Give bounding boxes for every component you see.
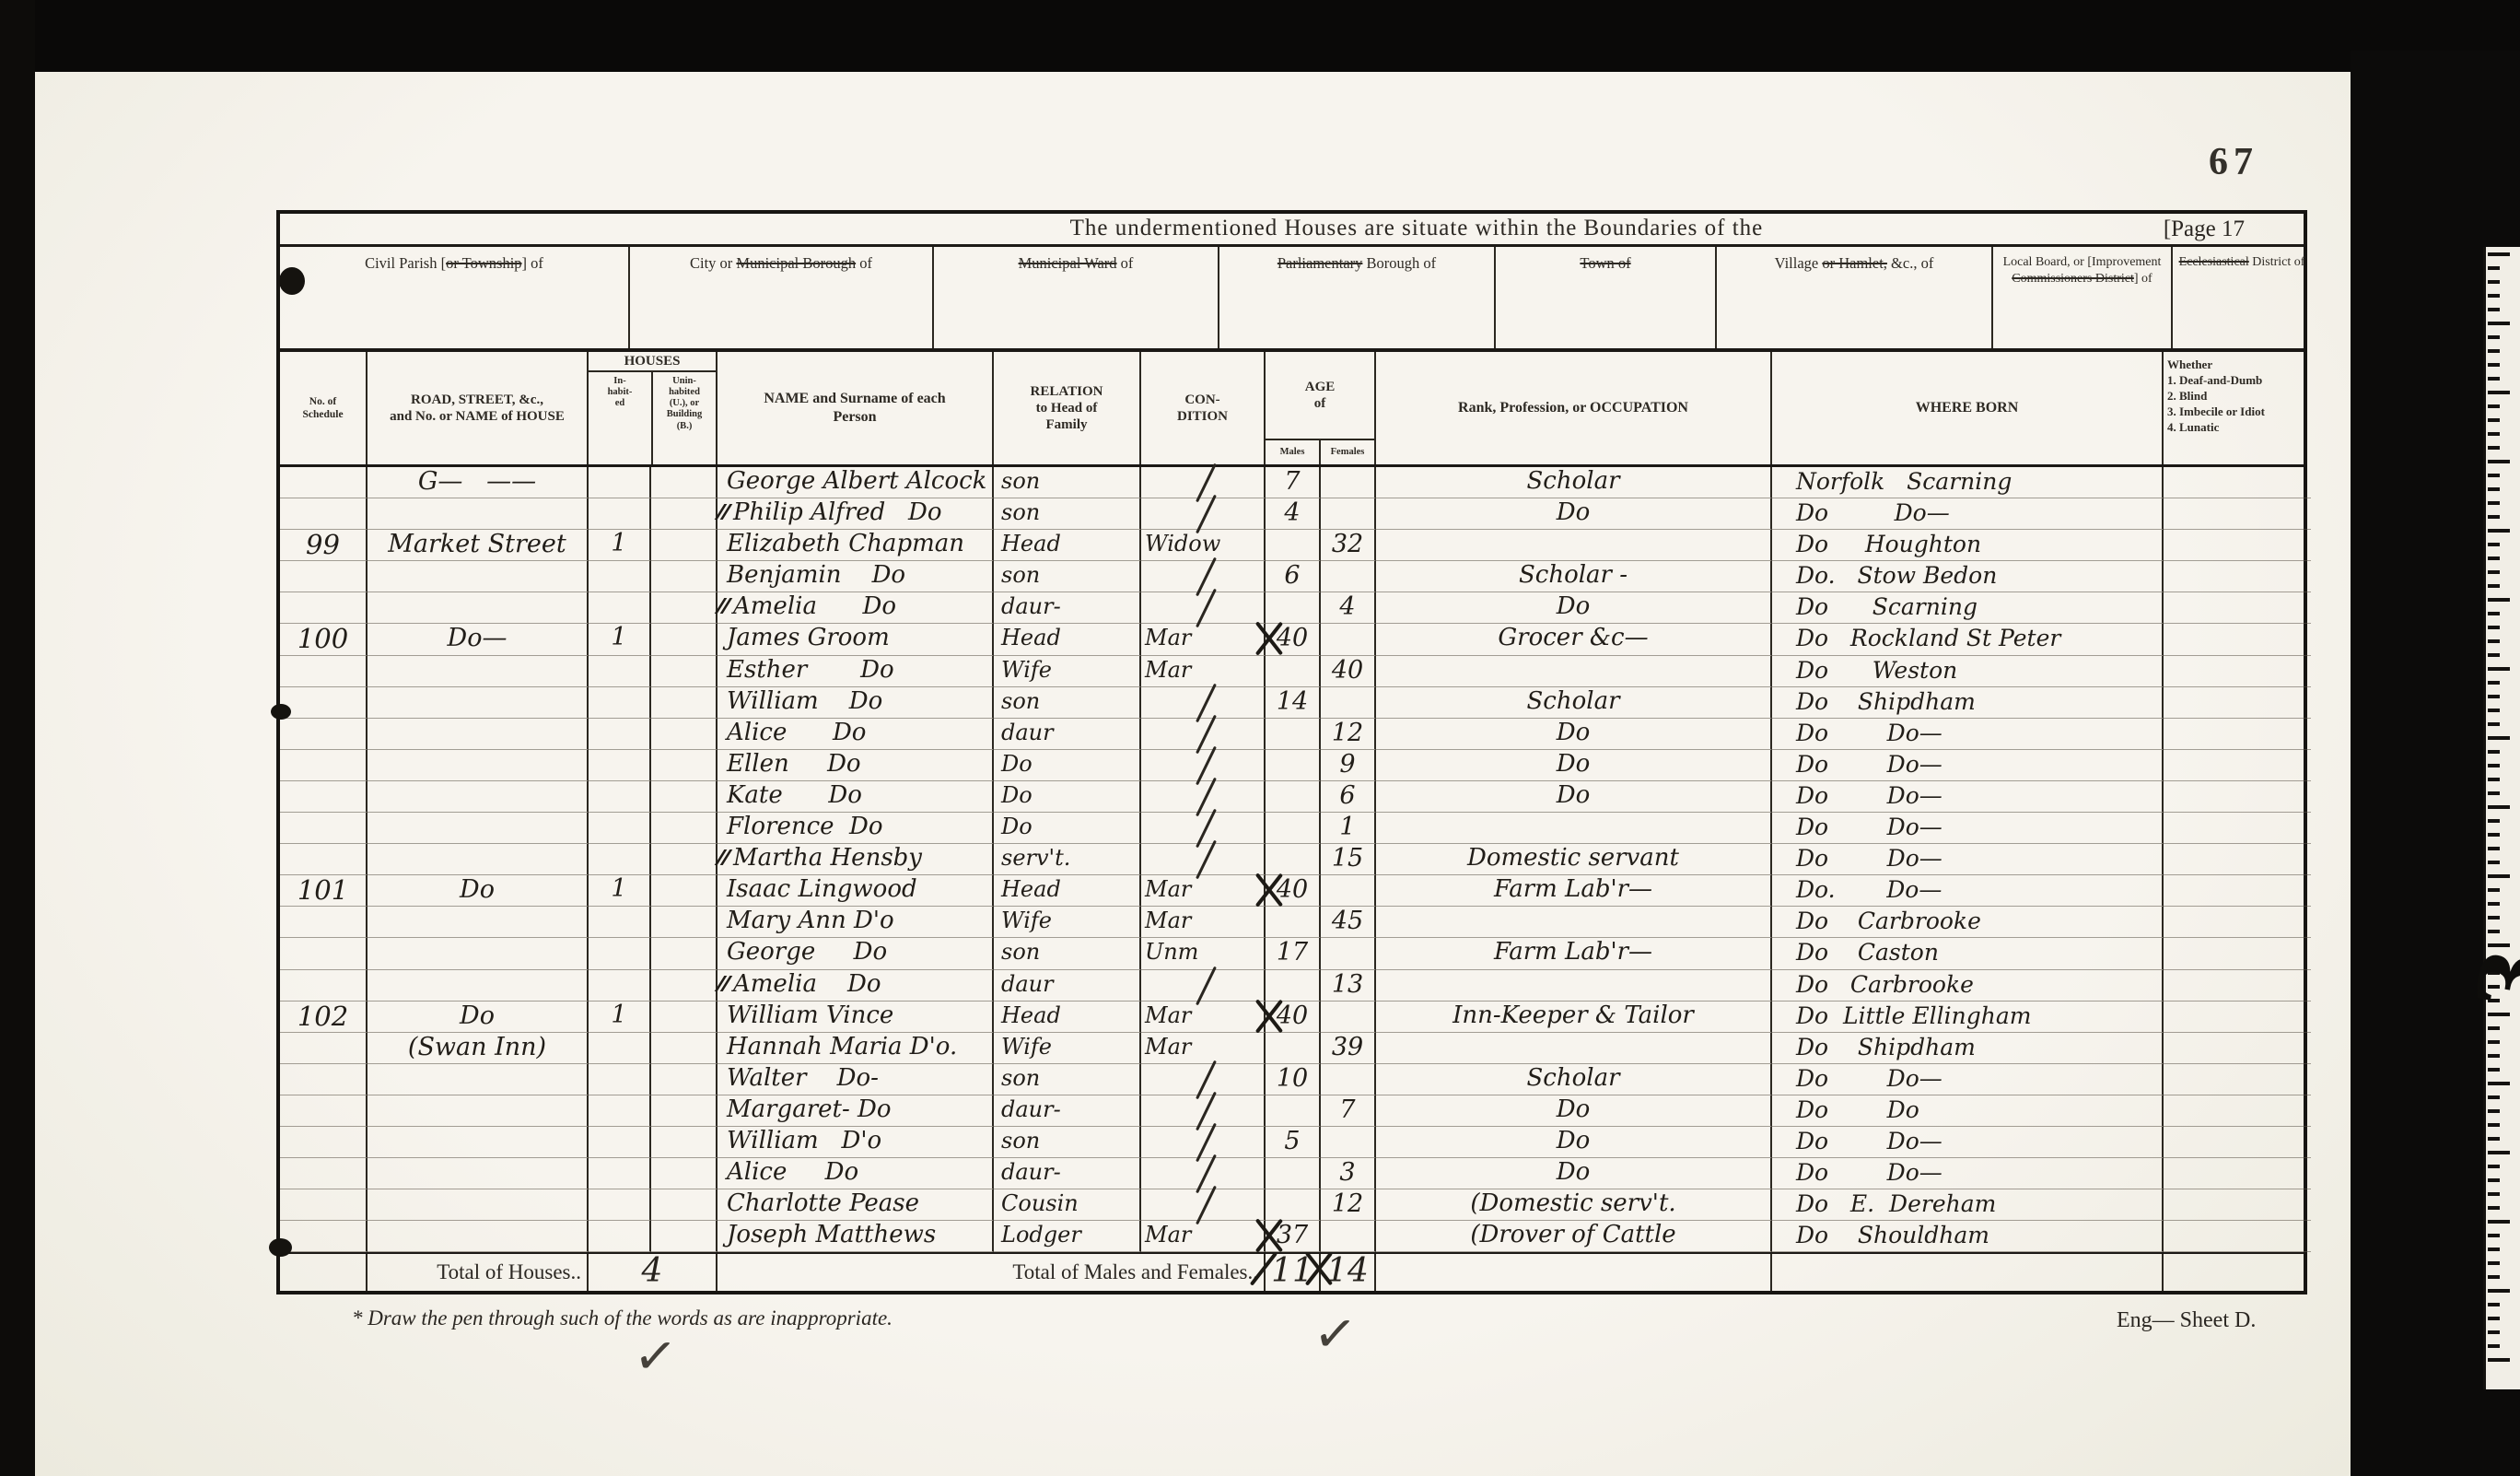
cell-inhab [589, 1158, 651, 1189]
jurisdiction-cell-2: Municipal Ward of [934, 247, 1219, 348]
cell-inhab: 1 [589, 530, 651, 561]
cell-condition: Mar [1141, 1002, 1266, 1033]
cell-inhab [589, 656, 651, 687]
cell-schedule [280, 813, 367, 844]
cell-condition [1141, 498, 1266, 530]
page-label: [Page 17 [2164, 217, 2245, 242]
cell-road [367, 781, 589, 813]
cell-born: Do Do— [1772, 498, 2164, 530]
ditto-stroke [1196, 589, 1217, 628]
cell-road: G— —— [367, 467, 589, 498]
cell-dis [2164, 1033, 2311, 1064]
cell-uninhab [651, 1095, 717, 1127]
cell-schedule [280, 970, 367, 1002]
cell-age_f [1321, 1127, 1376, 1158]
cell-relation: son [994, 687, 1141, 719]
cell-inhab: 1 [589, 1002, 651, 1033]
table-row: 102Do1William VinceHeadMar40Inn-Keeper &… [280, 1002, 2304, 1033]
cell-schedule [280, 1189, 367, 1221]
cell-occupation: Do [1376, 498, 1772, 530]
cell-born: Do Shipdham [1772, 687, 2164, 719]
cell-age_f [1321, 467, 1376, 498]
cell-dis [2164, 1002, 2311, 1033]
cell-relation: Lodger [994, 1221, 1141, 1252]
cell-road: (Swan Inn) [367, 1033, 589, 1064]
cell-dis [2164, 530, 2311, 561]
cell-age_f: 9 [1321, 750, 1376, 781]
jurisdiction-cell-4: Town of [1496, 247, 1717, 348]
totals-row: Total of Houses.. 4 Total of Males and F… [280, 1252, 2304, 1291]
cell-born: Do Do— [1772, 719, 2164, 750]
cell-road: Do [367, 1002, 589, 1033]
cell-born: Do Do— [1772, 844, 2164, 875]
cell-schedule [280, 938, 367, 969]
table-body: G— ——George Albert Alcockson7ScholarNorf… [280, 467, 2304, 1252]
cell-road [367, 656, 589, 687]
cell-road [367, 1158, 589, 1189]
cell-inhab [589, 467, 651, 498]
checkmark: ✓ [1311, 1303, 1359, 1367]
cell-name: William Do [717, 687, 994, 719]
cell-occupation: Do [1376, 1095, 1772, 1127]
total-houses-label: Total of Houses.. [367, 1254, 589, 1291]
cell-road [367, 1064, 589, 1095]
cell-age_f [1321, 1221, 1376, 1252]
cell-inhab [589, 592, 651, 624]
cell-road: Do [367, 875, 589, 907]
cell-schedule [280, 1158, 367, 1189]
cell-uninhab [651, 813, 717, 844]
cell-uninhab [651, 844, 717, 875]
table-row: G— ——George Albert Alcockson7ScholarNorf… [280, 467, 2304, 498]
cell-occupation: Do [1376, 781, 1772, 813]
cell-occupation [1376, 1033, 1772, 1064]
cell-condition: Mar [1141, 875, 1266, 907]
col-header-road: ROAD, STREET, &c., and No. or NAME of HO… [367, 352, 589, 464]
cell-uninhab [651, 1158, 717, 1189]
cell-name: Philip Alfred Do [717, 498, 994, 530]
cell-name: James Groom [717, 624, 994, 655]
cell-age_m [1266, 592, 1321, 624]
cell-dis [2164, 561, 2311, 592]
cell-relation: Wife [994, 1033, 1141, 1064]
cell-dis [2164, 467, 2311, 498]
cell-condition: Mar [1141, 624, 1266, 655]
table-row: Charlotte PeaseCousin12(Domestic serv't.… [280, 1189, 2304, 1221]
folio-number: 67 [2209, 140, 2258, 184]
table-row: (Swan Inn)Hannah Maria D'o.WifeMar39Do S… [280, 1033, 2304, 1064]
cell-dis [2164, 750, 2311, 781]
cell-road [367, 907, 589, 938]
cell-occupation: Inn-Keeper & Tailor [1376, 1002, 1772, 1033]
cell-age_f [1321, 1002, 1376, 1033]
cell-condition [1141, 781, 1266, 813]
cell-occupation: Do [1376, 719, 1772, 750]
cell-dis [2164, 970, 2311, 1002]
title-band: The undermentioned Houses are situate wi… [280, 214, 2304, 247]
cell-relation: daur- [994, 592, 1141, 624]
cell-inhab [589, 1127, 651, 1158]
ruler: 3 [2483, 247, 2520, 1389]
cell-schedule [280, 1064, 367, 1095]
cell-age_f: 7 [1321, 1095, 1376, 1127]
cell-uninhab [651, 1127, 717, 1158]
cell-name: Margaret- Do [717, 1095, 994, 1127]
cell-dis [2164, 624, 2311, 655]
household-end-mark [715, 976, 733, 991]
cell-age_f: 15 [1321, 844, 1376, 875]
cell-age_f: 13 [1321, 970, 1376, 1002]
cell-dis [2164, 1221, 2311, 1252]
cell-age_m [1266, 750, 1321, 781]
cell-name: Walter Do- [717, 1064, 994, 1095]
cell-relation: Head [994, 1002, 1141, 1033]
cell-relation: son [994, 467, 1141, 498]
table-row: George DosonUnm17Farm Lab'r—Do Caston [280, 938, 2304, 969]
cell-inhab [589, 1033, 651, 1064]
cell-uninhab [651, 719, 717, 750]
table-row: William Doson14ScholarDo Shipdham [280, 687, 2304, 719]
column-header-row: No. of Schedule ROAD, STREET, &c., and N… [280, 352, 2304, 467]
col-header-condition: CON- DITION [1141, 352, 1266, 464]
cell-age_m [1266, 844, 1321, 875]
jurisdiction-cell-3: Parliamentary Borough of [1219, 247, 1496, 348]
cell-uninhab [651, 1221, 717, 1252]
cell-condition: Mar [1141, 1033, 1266, 1064]
total-people-label: Total of Males and Females.. [717, 1254, 1266, 1291]
cell-condition [1141, 687, 1266, 719]
cell-schedule [280, 1095, 367, 1127]
cell-name: Hannah Maria D'o. [717, 1033, 994, 1064]
cell-age_m: 40 [1266, 624, 1321, 655]
cell-born: Do Do [1772, 1095, 2164, 1127]
cell-age_m [1266, 813, 1321, 844]
cell-name: Isaac Lingwood [717, 875, 994, 907]
cell-born: Do Houghton [1772, 530, 2164, 561]
cell-born: Do Do— [1772, 1127, 2164, 1158]
total-houses-value: 4 [589, 1254, 717, 1291]
cell-inhab: 1 [589, 624, 651, 655]
cell-age_m: 10 [1266, 1064, 1321, 1095]
cell-uninhab [651, 592, 717, 624]
cell-condition [1141, 1189, 1266, 1221]
cell-dis [2164, 656, 2311, 687]
table-row: Margaret- Dodaur-7DoDo Do [280, 1095, 2304, 1127]
cell-uninhab [651, 498, 717, 530]
cell-road [367, 1221, 589, 1252]
cell-condition [1141, 750, 1266, 781]
cell-condition [1141, 719, 1266, 750]
cell-occupation: Farm Lab'r— [1376, 875, 1772, 907]
cell-relation: son [994, 1127, 1141, 1158]
cell-age_f: 39 [1321, 1033, 1376, 1064]
cell-inhab [589, 750, 651, 781]
table-row: Kate DoDo6DoDo Do— [280, 781, 2304, 813]
cell-relation: Head [994, 624, 1141, 655]
cell-dis [2164, 781, 2311, 813]
cell-age_f [1321, 498, 1376, 530]
cell-inhab [589, 813, 651, 844]
cell-occupation: Do [1376, 1158, 1772, 1189]
cell-age_f: 40 [1321, 656, 1376, 687]
cell-age_m: 37 [1266, 1221, 1321, 1252]
photo-edge-left [0, 0, 35, 1476]
cell-occupation [1376, 970, 1772, 1002]
cell-dis [2164, 1189, 2311, 1221]
cell-uninhab [651, 781, 717, 813]
cell-name: Charlotte Pease [717, 1189, 994, 1221]
cell-name: George Do [717, 938, 994, 969]
table-row: 99Market Street1Elizabeth ChapmanHeadWid… [280, 530, 2304, 561]
cell-schedule [280, 1127, 367, 1158]
cell-dis [2164, 1158, 2311, 1189]
cell-age_m [1266, 530, 1321, 561]
col-header-age: AGE of Males Females [1266, 352, 1376, 464]
col-header-occupation: Rank, Profession, or OCCUPATION [1376, 352, 1772, 464]
cell-uninhab [651, 1002, 717, 1033]
cell-schedule [280, 1033, 367, 1064]
cell-age_m: 4 [1266, 498, 1321, 530]
ink-blot [271, 704, 291, 720]
cell-schedule: 102 [280, 1002, 367, 1033]
cell-age_f: 1 [1321, 813, 1376, 844]
cell-inhab [589, 1221, 651, 1252]
cell-dis [2164, 813, 2311, 844]
cell-age_f: 12 [1321, 719, 1376, 750]
cell-relation: son [994, 1064, 1141, 1095]
cell-name: Benjamin Do [717, 561, 994, 592]
cell-age_m: 14 [1266, 687, 1321, 719]
cell-age_f [1321, 938, 1376, 969]
cell-born: Do Caston [1772, 938, 2164, 969]
table-row: Esther DoWifeMar40Do Weston [280, 656, 2304, 687]
cell-dis [2164, 907, 2311, 938]
cell-uninhab [651, 687, 717, 719]
table-row: William D'oson5DoDo Do— [280, 1127, 2304, 1158]
cell-road: Do— [367, 624, 589, 655]
table-row: Amelia Dodaur-4DoDo Scarning [280, 592, 2304, 624]
cell-schedule [280, 719, 367, 750]
jurisdiction-row: Civil Parish [or Township] ofCity or Mun… [280, 247, 2304, 352]
cell-age_m: 40 [1266, 875, 1321, 907]
cell-dis [2164, 875, 2311, 907]
totals-spacer [1376, 1254, 1772, 1291]
cell-born: Do Do— [1772, 750, 2164, 781]
cell-age_f: 6 [1321, 781, 1376, 813]
cell-occupation: (Drover of Cattle [1376, 1221, 1772, 1252]
cell-condition: Mar [1141, 1221, 1266, 1252]
cell-road [367, 970, 589, 1002]
cell-schedule: 100 [280, 624, 367, 655]
cell-age_f [1321, 875, 1376, 907]
cell-occupation: Scholar [1376, 467, 1772, 498]
cell-uninhab [651, 1033, 717, 1064]
col-header-disability: Whether 1. Deaf-and-Dumb 2. Blind 3. Imb… [2164, 352, 2311, 464]
cell-name: Kate Do [717, 781, 994, 813]
totals-spacer [280, 1254, 367, 1291]
table-row: Philip Alfred Doson4DoDo Do— [280, 498, 2304, 530]
cell-road [367, 687, 589, 719]
cell-relation: Wife [994, 907, 1141, 938]
cell-road [367, 750, 589, 781]
cell-occupation: Domestic servant [1376, 844, 1772, 875]
jurisdiction-cell-6: Local Board, or [Improvement Commissione… [1993, 247, 2173, 348]
cell-inhab [589, 1095, 651, 1127]
cell-inhab [589, 687, 651, 719]
cell-age_f [1321, 1064, 1376, 1095]
cell-occupation [1376, 907, 1772, 938]
cell-dis [2164, 719, 2311, 750]
cell-born: Do Do— [1772, 781, 2164, 813]
cell-road [367, 561, 589, 592]
cell-schedule [280, 498, 367, 530]
cell-name: Mary Ann D'o [717, 907, 994, 938]
cell-born: Do Do— [1772, 1158, 2164, 1189]
cell-relation: daur [994, 970, 1141, 1002]
cell-inhab [589, 781, 651, 813]
cell-dis [2164, 844, 2311, 875]
cell-occupation: Scholar - [1376, 561, 1772, 592]
cell-uninhab [651, 938, 717, 969]
table-row: Martha Hensbyserv't.15Domestic servantDo… [280, 844, 2304, 875]
cell-schedule [280, 592, 367, 624]
cell-dis [2164, 1095, 2311, 1127]
cell-relation: son [994, 498, 1141, 530]
checkmark: ✓ [631, 1325, 680, 1389]
ink-blot [269, 1238, 292, 1257]
cell-occupation: Scholar [1376, 1064, 1772, 1095]
cell-born: Do. Do— [1772, 875, 2164, 907]
cell-road [367, 1189, 589, 1221]
cell-occupation: Scholar [1376, 687, 1772, 719]
ditto-stroke [1196, 966, 1217, 1005]
sheet-label: Eng— Sheet D. [2117, 1308, 2256, 1333]
cell-age_m: 40 [1266, 1002, 1321, 1033]
census-scan: 3 67 The undermentioned Houses are situa… [0, 0, 2520, 1476]
cell-name: Alice Do [717, 719, 994, 750]
cell-born: Do Carbrooke [1772, 970, 2164, 1002]
cell-age_m [1266, 1189, 1321, 1221]
cell-inhab: 1 [589, 875, 651, 907]
cell-age_m [1266, 656, 1321, 687]
cell-condition [1141, 467, 1266, 498]
cell-relation: daur- [994, 1158, 1141, 1189]
cell-relation: daur [994, 719, 1141, 750]
cell-road [367, 813, 589, 844]
cell-born: Do Do— [1772, 813, 2164, 844]
cell-occupation: Farm Lab'r— [1376, 938, 1772, 969]
cell-age_m: 17 [1266, 938, 1321, 969]
total-females-value: 14 [1321, 1254, 1376, 1291]
cell-schedule [280, 656, 367, 687]
cell-schedule [280, 844, 367, 875]
cell-uninhab [651, 1189, 717, 1221]
cell-road [367, 844, 589, 875]
cell-born: Do Scarning [1772, 592, 2164, 624]
cell-dis [2164, 938, 2311, 969]
cell-inhab [589, 1189, 651, 1221]
ruler-ticks-long [2488, 252, 2510, 1372]
ditto-stroke [1196, 495, 1217, 534]
cell-age_m [1266, 781, 1321, 813]
cell-relation: Do [994, 750, 1141, 781]
col-header-relation: RELATION to Head of Family [994, 352, 1141, 464]
col-header-houses: HOUSES In- habit- ed Unin- habited (U.),… [589, 352, 717, 464]
cell-relation: Do [994, 813, 1141, 844]
cell-inhab [589, 1064, 651, 1095]
cell-condition [1141, 970, 1266, 1002]
cell-born: Norfolk Scarning [1772, 467, 2164, 498]
cell-age_m [1266, 907, 1321, 938]
cell-occupation: (Domestic serv't. [1376, 1189, 1772, 1221]
cell-road [367, 1127, 589, 1158]
cell-age_f [1321, 687, 1376, 719]
table-row: Benjamin Doson6Scholar -Do. Stow Bedon [280, 561, 2304, 592]
ditto-stroke [1196, 840, 1217, 880]
cell-occupation: Do [1376, 592, 1772, 624]
cell-name: Amelia Do [717, 592, 994, 624]
table-row: Alice Dodaur12DoDo Do— [280, 719, 2304, 750]
cell-name: Martha Hensby [717, 844, 994, 875]
cell-age_f: 4 [1321, 592, 1376, 624]
cell-name: Joseph Matthews [717, 1221, 994, 1252]
table-row: Joseph MatthewsLodgerMar37(Drover of Cat… [280, 1221, 2304, 1252]
jurisdiction-cell-0: Civil Parish [or Township] of [280, 247, 630, 348]
cell-born: Do Shouldham [1772, 1221, 2164, 1252]
cell-relation: daur- [994, 1095, 1141, 1127]
cell-name: William Vince [717, 1002, 994, 1033]
cell-age_m [1266, 1158, 1321, 1189]
cell-road [367, 592, 589, 624]
col-header-age-label: AGE of [1266, 352, 1374, 439]
cell-occupation: Grocer &c— [1376, 624, 1772, 655]
cell-born: Do E. Dereham [1772, 1189, 2164, 1221]
cell-schedule [280, 1221, 367, 1252]
cell-age_m: 7 [1266, 467, 1321, 498]
cell-born: Do Rockland St Peter [1772, 624, 2164, 655]
household-end-mark [715, 504, 733, 520]
cell-relation: son [994, 938, 1141, 969]
census-table: The undermentioned Houses are situate wi… [276, 210, 2307, 1294]
cell-occupation: Do [1376, 1127, 1772, 1158]
cell-occupation: Do [1376, 750, 1772, 781]
cell-name: Esther Do [717, 656, 994, 687]
cell-uninhab [651, 750, 717, 781]
cell-dis [2164, 592, 2311, 624]
cell-age_m [1266, 719, 1321, 750]
cell-age_m: 5 [1266, 1127, 1321, 1158]
cell-condition [1141, 592, 1266, 624]
cell-road [367, 938, 589, 969]
cell-born: Do Carbrooke [1772, 907, 2164, 938]
cell-inhab [589, 561, 651, 592]
cell-age_f: 12 [1321, 1189, 1376, 1221]
cell-age_f: 45 [1321, 907, 1376, 938]
cell-condition: Mar [1141, 907, 1266, 938]
ditto-stroke [1196, 1186, 1217, 1225]
cell-name: Alice Do [717, 1158, 994, 1189]
cell-condition [1141, 1095, 1266, 1127]
page-title: The undermentioned Houses are situate wi… [1070, 216, 1764, 241]
cell-name: Ellen Do [717, 750, 994, 781]
cell-name: Florence Do [717, 813, 994, 844]
cell-schedule [280, 561, 367, 592]
totals-spacer [1772, 1254, 2164, 1291]
cell-occupation [1376, 656, 1772, 687]
cell-uninhab [651, 530, 717, 561]
cell-schedule [280, 781, 367, 813]
table-row: Walter Do-son10ScholarDo Do— [280, 1064, 2304, 1095]
